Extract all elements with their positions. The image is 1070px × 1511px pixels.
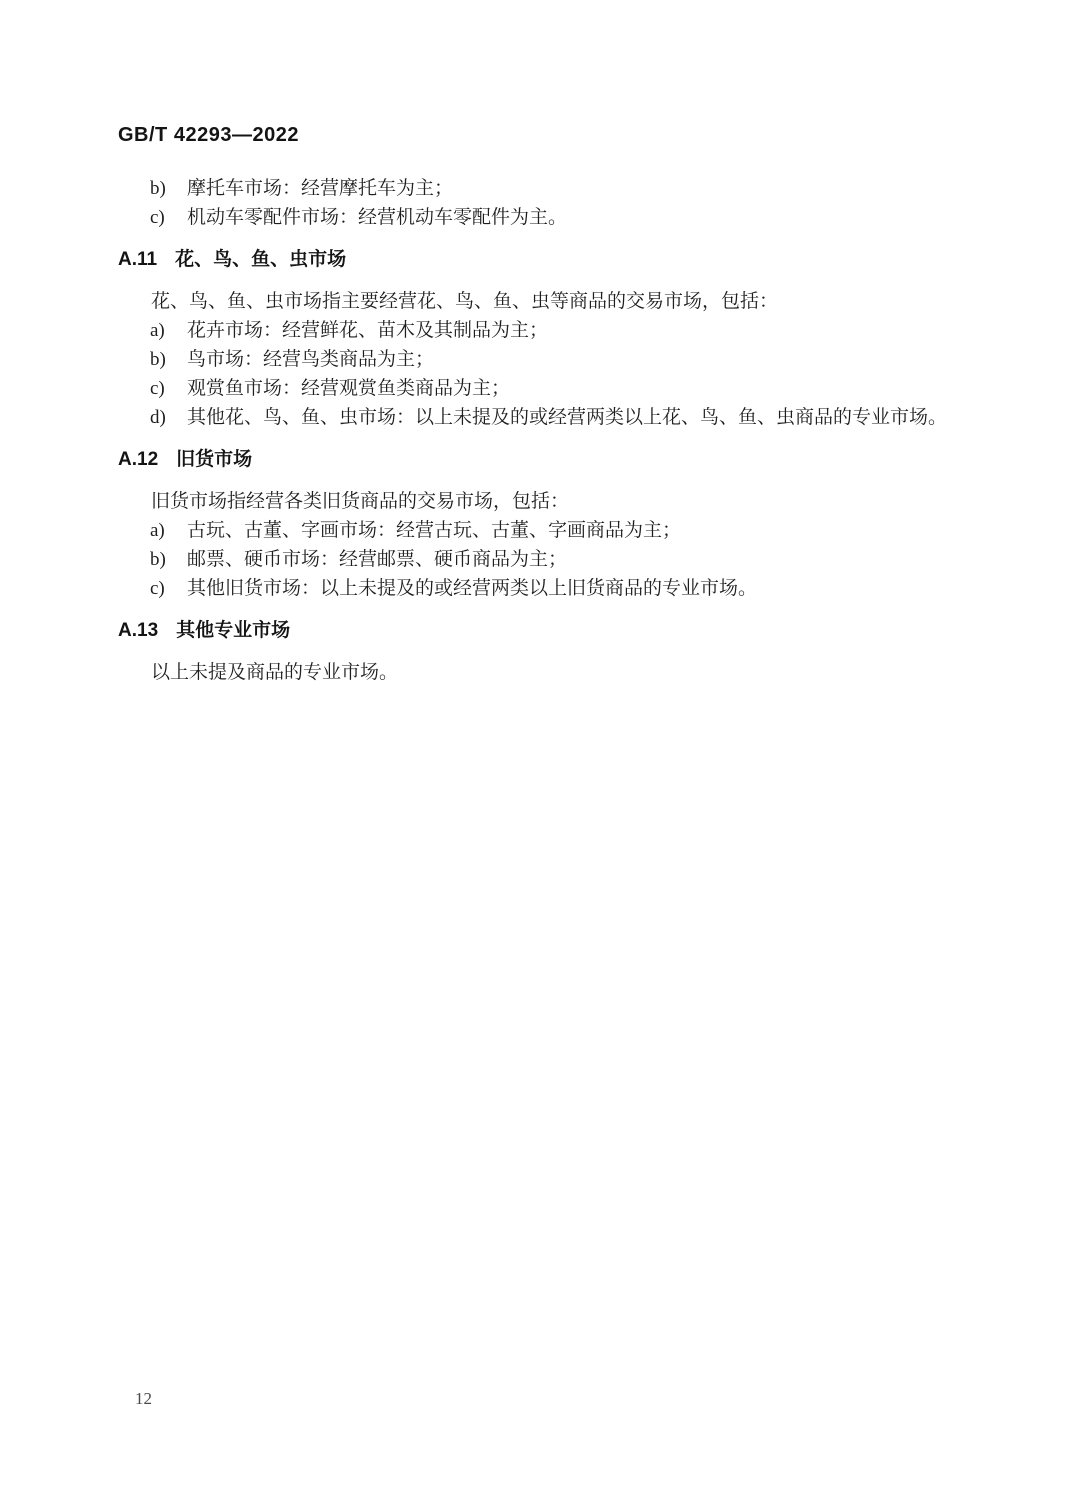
list-item: c) 观赏鱼市场：经营观赏鱼类商品为主； — [150, 374, 970, 403]
list-item-text: 邮票、硬币市场：经营邮票、硬币商品为主； — [187, 545, 970, 574]
section-a13: A.13其他专业市场 以上未提及商品的专业市场。 — [118, 616, 970, 687]
list-item-text: 摩托车市场：经营摩托车为主； — [187, 174, 970, 203]
page-number: 12 — [135, 1388, 152, 1410]
section-title: 花、鸟、鱼、虫市场 — [175, 249, 346, 270]
section-heading: A.13其他专业市场 — [118, 616, 970, 645]
list-item: c) 机动车零配件市场：经营机动车零配件为主。 — [150, 203, 970, 232]
section-number: A.11 — [118, 249, 157, 270]
list-item-label: b) — [150, 345, 187, 374]
section-paragraph: 花、鸟、鱼、虫市场指主要经营花、鸟、鱼、虫等商品的交易市场，包括： — [151, 287, 970, 316]
section-title: 其他专业市场 — [176, 620, 290, 641]
section-heading: A.12旧货市场 — [118, 445, 970, 474]
section-paragraph: 旧货市场指经营各类旧货商品的交易市场，包括： — [151, 487, 970, 516]
section-heading: A.11花、鸟、鱼、虫市场 — [118, 245, 970, 274]
list-item: b) 鸟市场：经营鸟类商品为主； — [150, 345, 970, 374]
list-item-label: c) — [150, 574, 187, 603]
list-item: a) 古玩、古董、字画市场：经营古玩、古董、字画商品为主； — [150, 516, 970, 545]
document-page: GB/T 42293—2022 b) 摩托车市场：经营摩托车为主； c) 机动车… — [0, 0, 1070, 1511]
list-item-text: 机动车零配件市场：经营机动车零配件为主。 — [187, 203, 970, 232]
list-item-label: b) — [150, 545, 187, 574]
list-item: a) 花卉市场：经营鲜花、苗木及其制品为主； — [150, 316, 970, 345]
list-item-text: 花卉市场：经营鲜花、苗木及其制品为主； — [187, 316, 970, 345]
section-paragraph: 以上未提及商品的专业市场。 — [151, 658, 970, 687]
list-item-label: c) — [150, 374, 187, 403]
list-item-label: c) — [150, 203, 187, 232]
list-item-text: 鸟市场：经营鸟类商品为主； — [187, 345, 970, 374]
document-number-header: GB/T 42293—2022 — [118, 123, 970, 147]
list-item-text: 观赏鱼市场：经营观赏鱼类商品为主； — [187, 374, 970, 403]
section-title: 旧货市场 — [176, 449, 252, 470]
page-content: GB/T 42293—2022 b) 摩托车市场：经营摩托车为主； c) 机动车… — [0, 0, 1070, 687]
list-item: b) 摩托车市场：经营摩托车为主； — [150, 174, 970, 203]
list-item: c) 其他旧货市场：以上未提及的或经营两类以上旧货商品的专业市场。 — [150, 574, 970, 603]
list-item-text: 其他花、鸟、鱼、虫市场：以上未提及的或经营两类以上花、鸟、鱼、虫商品的专业市场。 — [187, 403, 970, 432]
list-item-label: d) — [150, 403, 187, 432]
carryover-list: b) 摩托车市场：经营摩托车为主； c) 机动车零配件市场：经营机动车零配件为主… — [118, 174, 970, 232]
section-a12: A.12旧货市场 旧货市场指经营各类旧货商品的交易市场，包括： a) 古玩、古董… — [118, 445, 970, 603]
section-number: A.12 — [118, 449, 158, 470]
list-item: d) 其他花、鸟、鱼、虫市场：以上未提及的或经营两类以上花、鸟、鱼、虫商品的专业… — [150, 403, 970, 432]
section-a11: A.11花、鸟、鱼、虫市场 花、鸟、鱼、虫市场指主要经营花、鸟、鱼、虫等商品的交… — [118, 245, 970, 432]
list-item-label: a) — [150, 316, 187, 345]
list-item-label: a) — [150, 516, 187, 545]
section-number: A.13 — [118, 620, 158, 641]
list-item-text: 古玩、古董、字画市场：经营古玩、古董、字画商品为主； — [187, 516, 970, 545]
list-item-label: b) — [150, 174, 187, 203]
list-item: b) 邮票、硬币市场：经营邮票、硬币商品为主； — [150, 545, 970, 574]
list-item-text: 其他旧货市场：以上未提及的或经营两类以上旧货商品的专业市场。 — [187, 574, 970, 603]
